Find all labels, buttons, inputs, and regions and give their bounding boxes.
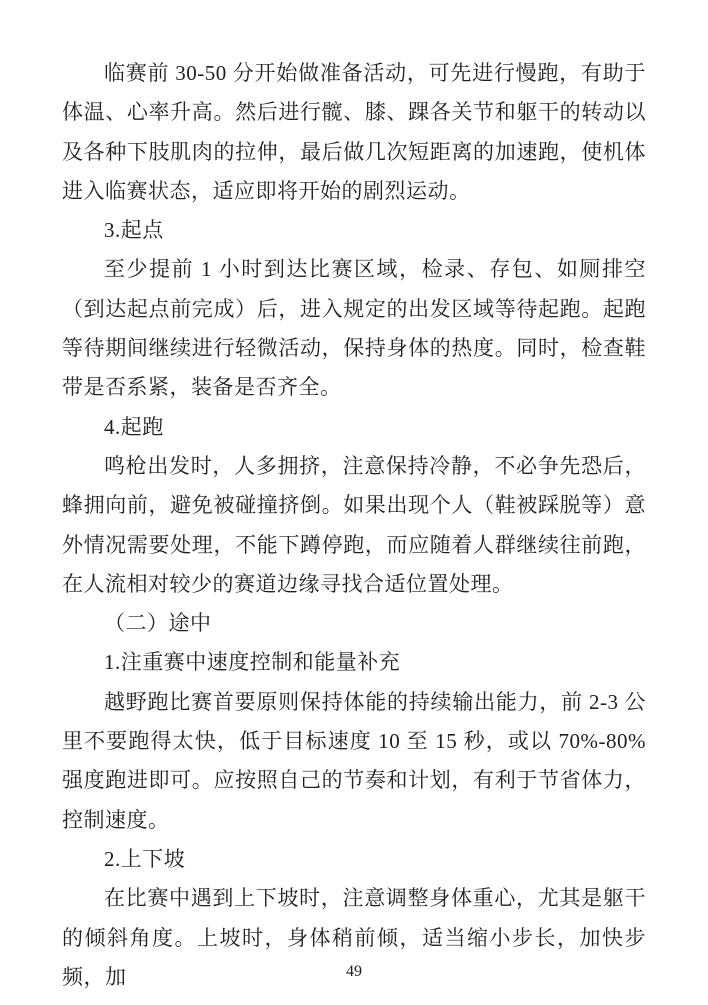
page-footer: 49	[0, 963, 708, 981]
section-heading: 2.上下坡	[62, 840, 646, 879]
section-heading: 4.起跑	[62, 408, 646, 447]
paragraph: 临赛前 30-50 分开始做准备活动，可先进行慢跑，有助于体温、心率升高。然后进…	[62, 54, 646, 211]
paragraph: 至少提前 1 小时到达比赛区域，检录、存包、如厕排空（到达起点前完成）后，进入规…	[62, 250, 646, 407]
section-heading: 1.注重赛中速度控制和能量补充	[62, 643, 646, 682]
paragraph: 鸣枪出发时，人多拥挤，注意保持冷静，不必争先恐后，蜂拥向前，避免被碰撞挤倒。如果…	[62, 447, 646, 604]
paragraph: 越野跑比赛首要原则保持体能的持续输出能力，前 2-3 公里不要跑得太快，低于目标…	[62, 683, 646, 840]
section-heading: 3.起点	[62, 211, 646, 250]
document-page: 临赛前 30-50 分开始做准备活动，可先进行慢跑，有助于体温、心率升高。然后进…	[0, 0, 708, 1005]
page-number: 49	[346, 963, 362, 980]
section-heading: （二）途中	[62, 604, 646, 643]
document-body: 临赛前 30-50 分开始做准备活动，可先进行慢跑，有助于体温、心率升高。然后进…	[62, 54, 646, 997]
